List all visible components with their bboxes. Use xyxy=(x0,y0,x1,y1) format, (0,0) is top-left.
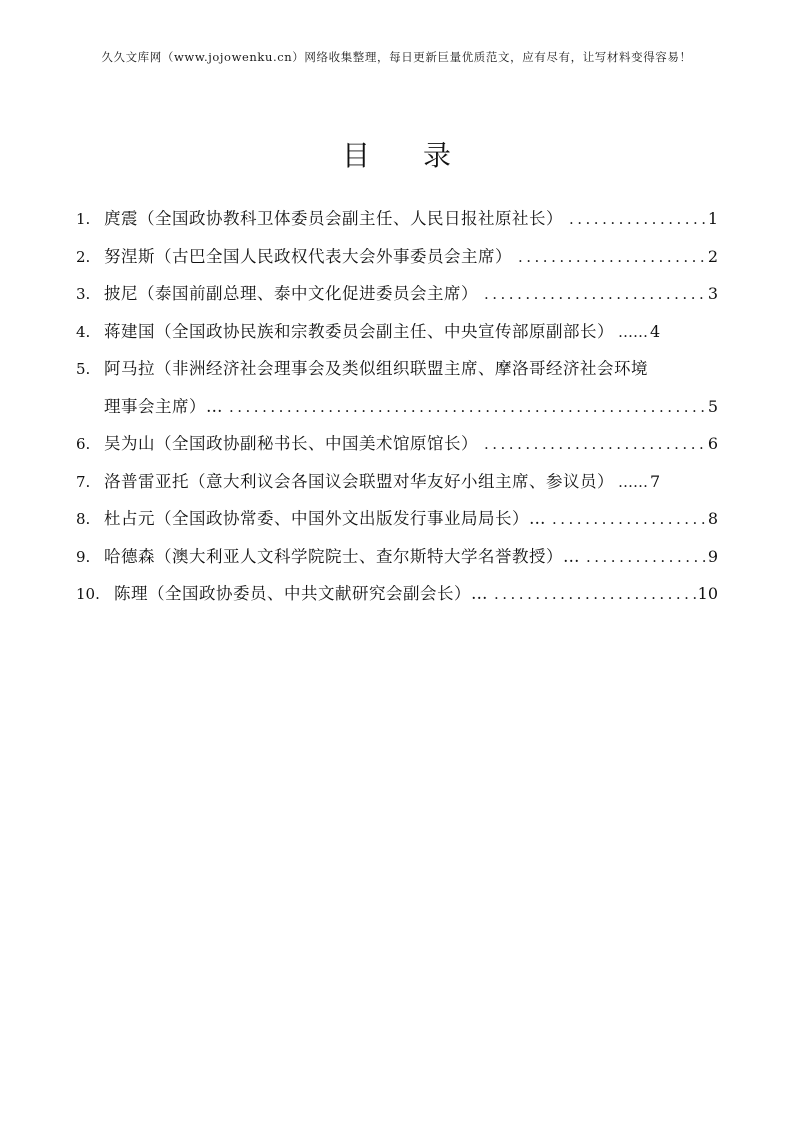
toc-entry-number: 4. xyxy=(76,314,104,352)
toc-entry-title: 努涅斯（古巴全国人民政权代表大会外事委员会主席） xyxy=(104,238,512,276)
toc-dot-leader: ........................................… xyxy=(488,576,696,614)
toc-entry-number: 3. xyxy=(76,276,104,314)
toc-title: 目 录 xyxy=(0,134,793,174)
toc-page-number: 4 xyxy=(648,313,660,351)
toc-entry-title: 杜占元（全国政协常委、中国外文出版发行事业局局长）… xyxy=(104,500,546,538)
toc-dot-leader: ........................................… xyxy=(478,276,706,314)
toc-entry-title: 披尼（泰国前副总理、泰中文化促进委员会主席） xyxy=(104,275,478,313)
toc-dot-leader: ........................................… xyxy=(546,501,706,539)
toc-entry[interactable]: 9. 哈德森（澳大利亚人文科学院院士、查尔斯特大学名誉教授）… ........… xyxy=(76,538,718,576)
toc-entry-number: 2. xyxy=(76,239,104,277)
toc-entry-title: 阿马拉（非洲经济社会理事会及类似组织联盟主席、摩洛哥经济社会环境 xyxy=(104,350,648,388)
toc-dot-leader: …… xyxy=(614,314,648,352)
toc-dot-leader: ........................................… xyxy=(580,539,706,577)
toc-entry-number: 6. xyxy=(76,426,104,464)
toc-entry-title: 哈德森（澳大利亚人文科学院院士、查尔斯特大学名誉教授）… xyxy=(104,538,580,576)
toc-page-number: 9 xyxy=(706,538,718,576)
toc-entry[interactable]: 8. 杜占元（全国政协常委、中国外文出版发行事业局局长）… ..........… xyxy=(76,500,718,538)
toc-entry[interactable]: 4. 蒋建国（全国政协民族和宗教委员会副主任、中央宣传部原副部长） …… 4 xyxy=(76,313,718,351)
toc-entry-number: 8. xyxy=(76,501,104,539)
toc-entry[interactable]: 2. 努涅斯（古巴全国人民政权代表大会外事委员会主席） ............… xyxy=(76,238,718,276)
toc-entry-title: 吴为山（全国政协副秘书长、中国美术馆原馆长） xyxy=(104,425,478,463)
toc-entry-number: 1. xyxy=(76,201,104,239)
toc-entry-number: 7. xyxy=(76,464,104,502)
toc-entry-title: 蒋建国（全国政协民族和宗教委员会副主任、中央宣传部原副部长） xyxy=(104,313,614,351)
toc-entry-title: 庹震（全国政协教科卫体委员会副主任、人民日报社原社长） xyxy=(104,200,563,238)
toc-dot-leader: …… xyxy=(614,464,648,502)
toc-entry-number: 5. xyxy=(76,351,104,389)
toc-entry-title-continuation: 理事会主席）… xyxy=(104,388,223,426)
toc-dot-leader: ........................................… xyxy=(478,426,706,464)
toc-entry-title: 陈理（全国政协委员、中共文献研究会副会长）… xyxy=(114,575,488,613)
toc-page-number: 1 xyxy=(706,200,718,238)
toc-entry[interactable]: 6. 吴为山（全国政协副秘书长、中国美术馆原馆长） ..............… xyxy=(76,425,718,463)
toc-page-number: 7 xyxy=(648,463,660,501)
toc-entry[interactable]: 7. 洛普雷亚托（意大利议会各国议会联盟对华友好小组主席、参议员） …… 7 xyxy=(76,463,718,501)
toc-page-number: 6 xyxy=(706,425,718,463)
toc-entry[interactable]: 10. 陈理（全国政协委员、中共文献研究会副会长）… .............… xyxy=(76,575,718,613)
toc-entry[interactable]: 5. 阿马拉（非洲经济社会理事会及类似组织联盟主席、摩洛哥经济社会环境 理事会主… xyxy=(76,350,718,425)
toc-page-number: 10 xyxy=(696,575,718,613)
toc-page-number: 8 xyxy=(706,500,718,538)
toc-entry[interactable]: 1. 庹震（全国政协教科卫体委员会副主任、人民日报社原社长） .........… xyxy=(76,200,718,238)
toc-dot-leader: ........................................… xyxy=(563,201,706,239)
toc-entry-number: 9. xyxy=(76,539,104,577)
toc-page-number: 2 xyxy=(706,238,718,276)
toc-dot-leader: ........................................… xyxy=(512,239,706,277)
toc-entry-number: 10. xyxy=(76,576,114,614)
toc-page-number: 3 xyxy=(706,275,718,313)
toc-page-number: 5 xyxy=(706,388,718,426)
table-of-contents: 1. 庹震（全国政协教科卫体委员会副主任、人民日报社原社长） .........… xyxy=(76,200,718,613)
toc-dot-leader: ........................................… xyxy=(223,389,706,427)
toc-entry[interactable]: 3. 披尼（泰国前副总理、泰中文化促进委员会主席） ..............… xyxy=(76,275,718,313)
page-header-banner: 久久文库网（www.jojowenku.cn）网络收集整理，每日更新巨量优质范文… xyxy=(0,49,793,65)
toc-entry-title: 洛普雷亚托（意大利议会各国议会联盟对华友好小组主席、参议员） xyxy=(104,463,614,501)
